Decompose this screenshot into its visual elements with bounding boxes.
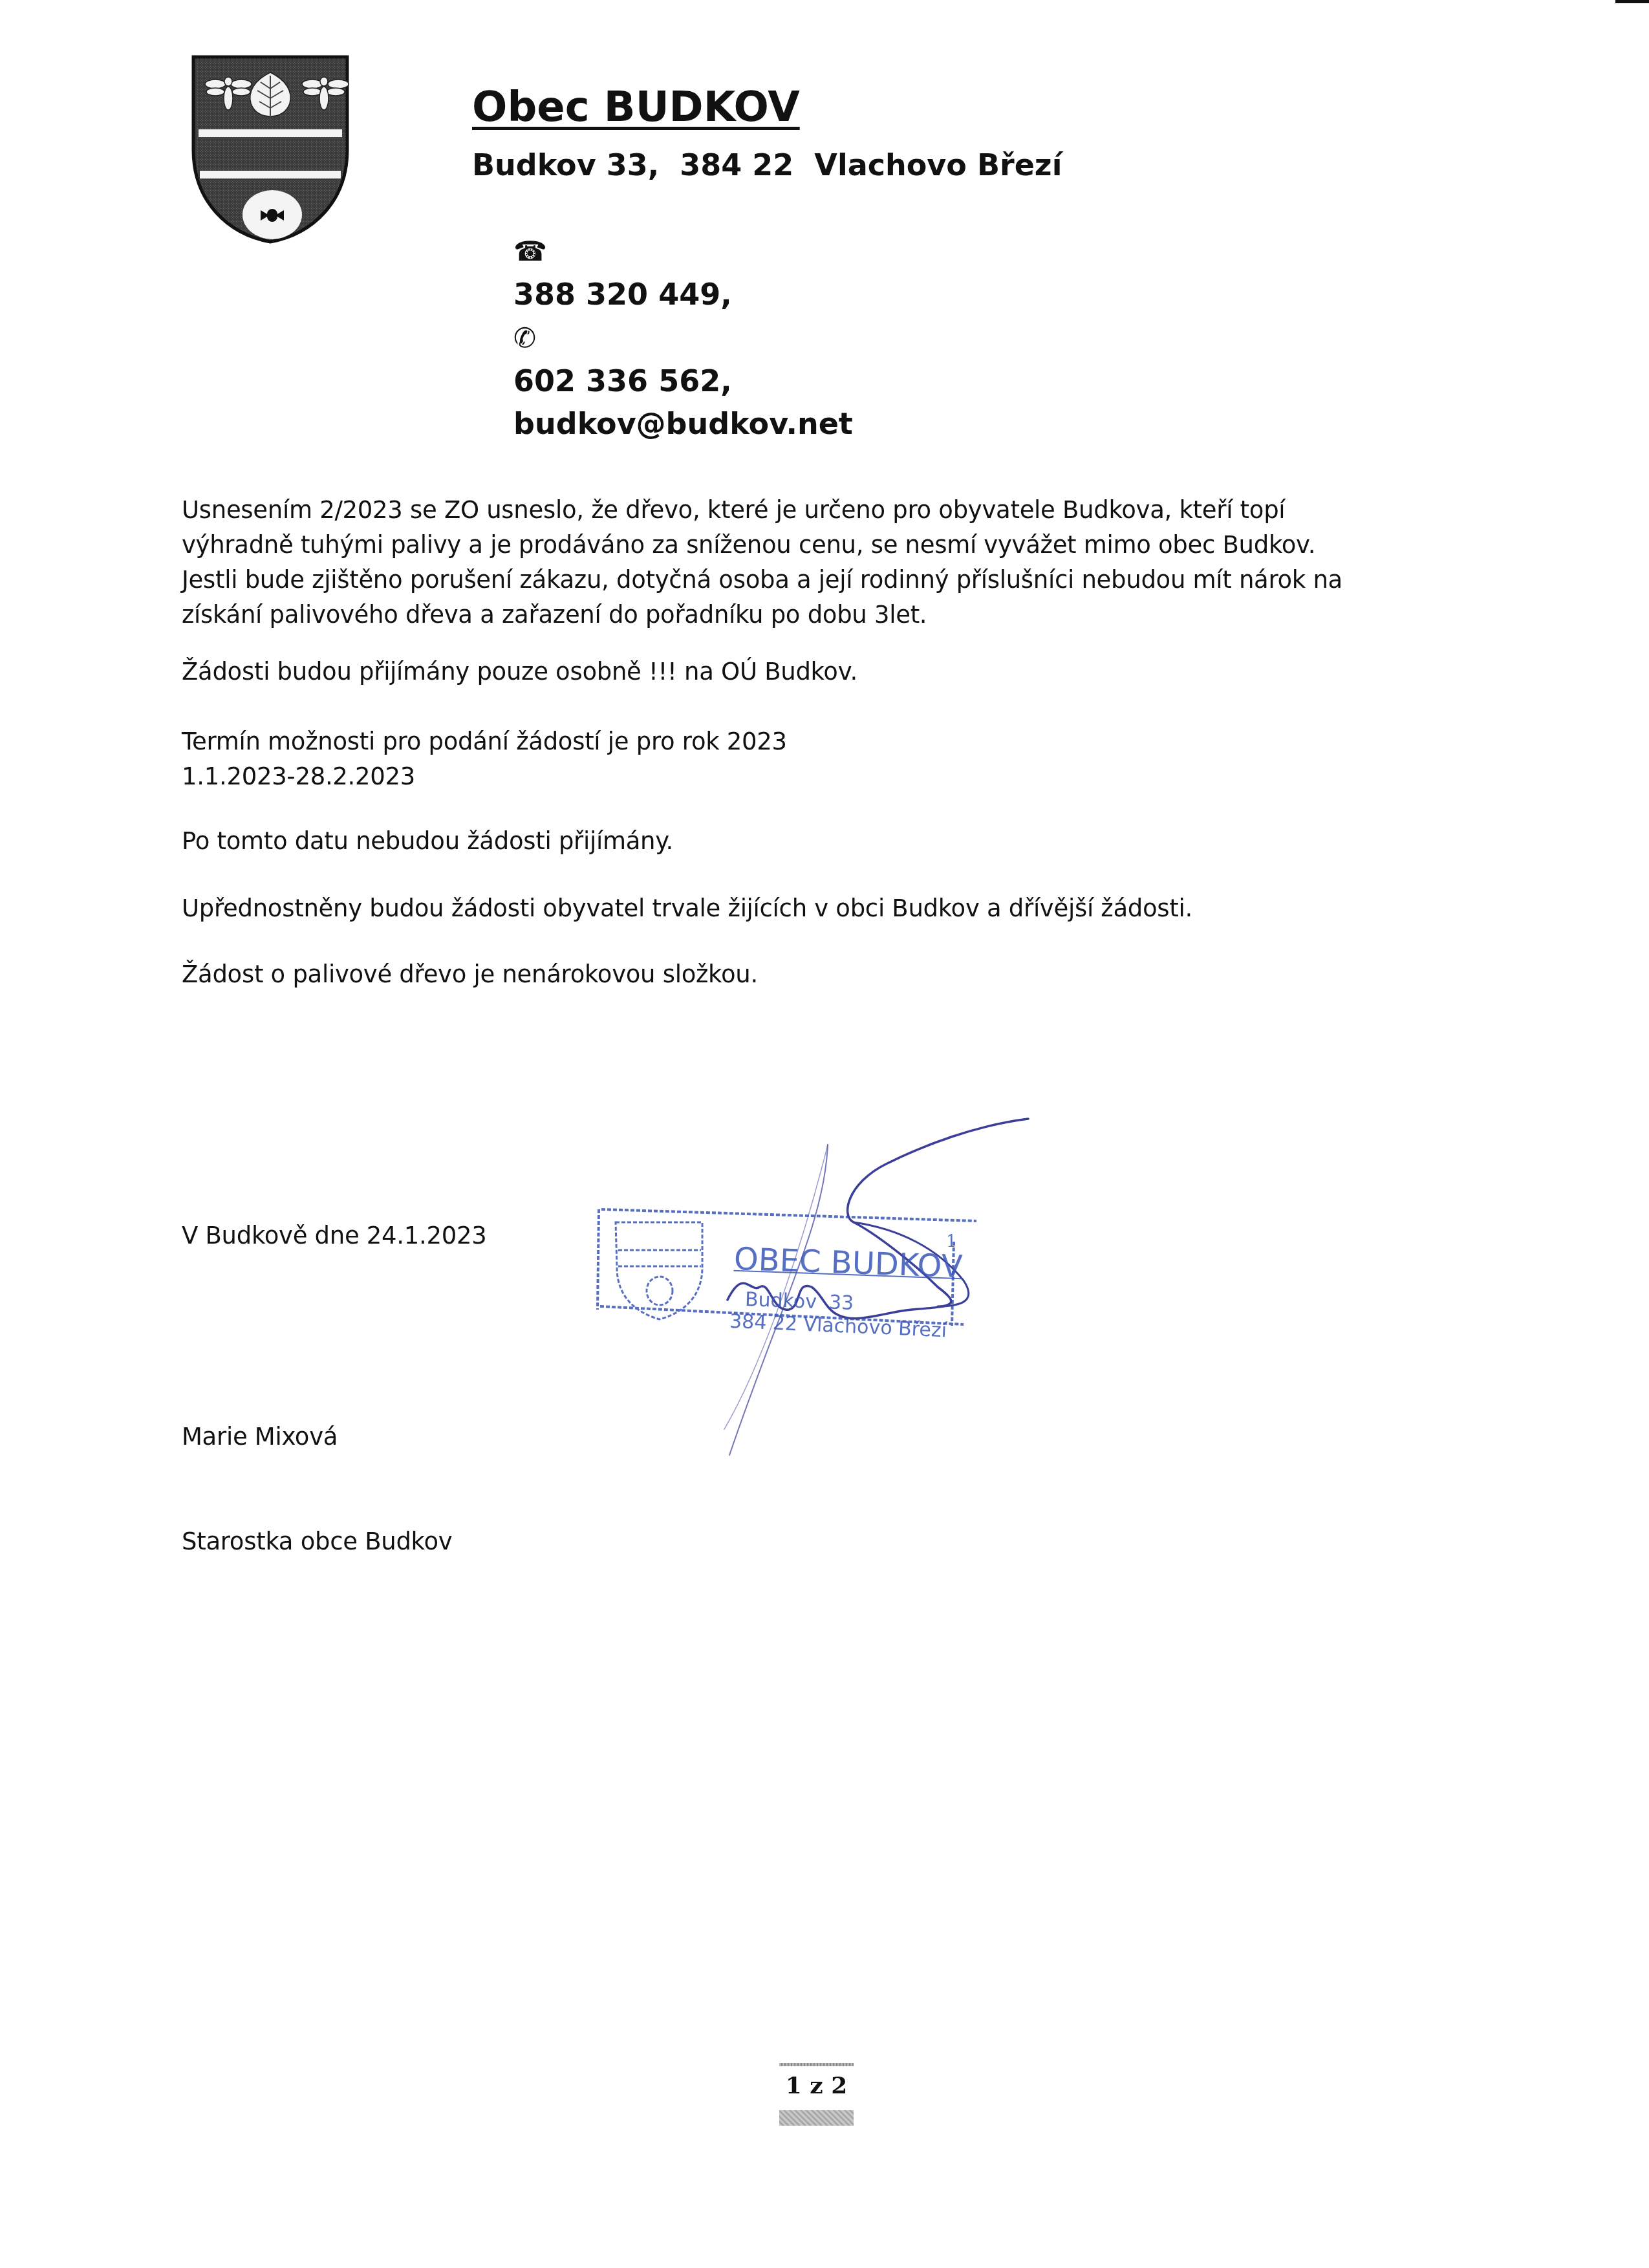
signatory: Marie Mixová Starostka obce Budkov [182,1350,452,1594]
scan-edge-line [1615,0,1649,3]
page-indicator: 1 z 2 [779,2071,854,2100]
paragraph-resolution: Usnesením 2/2023 se ZO usneslo, že dřevo… [182,493,1342,632]
address-line: Budkov 33, 384 22 Vlachovo Březí [472,144,1062,186]
place-and-date: V Budkově dne 24.1.2023 [182,1218,486,1253]
paragraph-after-deadline: Po tomto datu nebudou žádosti přijímány. [182,824,673,859]
email-link[interactable]: budkov@budkov.net [513,406,853,441]
telephone-icon: ☎ [513,235,547,267]
stamp-number: 1 [946,1232,957,1251]
paragraph-deadline: Termín možnosti pro podání žádostí je pr… [182,724,787,794]
contact-line: ☎ 388 320 449, ✆ 602 336 562, budkov@bud… [472,186,1062,488]
phone-number: 388 320 449, [513,277,732,312]
letterhead: Obec BUDKOV Budkov 33, 384 22 Vlachovo B… [472,83,1062,488]
page-footer: 1 z 2 [779,2063,854,2126]
municipality-name: Obec BUDKOV [472,83,800,132]
footer-shaded-bar [779,2110,854,2126]
mobile-number: 602 336 562, [513,363,732,398]
official-stamp [576,1093,1145,1494]
paragraph-applications-in-person: Žádosti budou přijímány pouze osobně !!!… [182,654,857,689]
footer-rule [779,2063,854,2066]
mobile-phone-icon: ✆ [513,322,536,354]
paragraph-priority: Upřednostněny budou žádosti obyvatel trv… [182,891,1192,926]
coat-of-arms-icon [189,53,351,244]
paragraph-non-entitlement: Žádost o palivové dřevo je nenárokovou s… [182,957,758,992]
signatory-role: Starostka obce Budkov [182,1524,452,1559]
signatory-name: Marie Mixová [182,1420,452,1454]
